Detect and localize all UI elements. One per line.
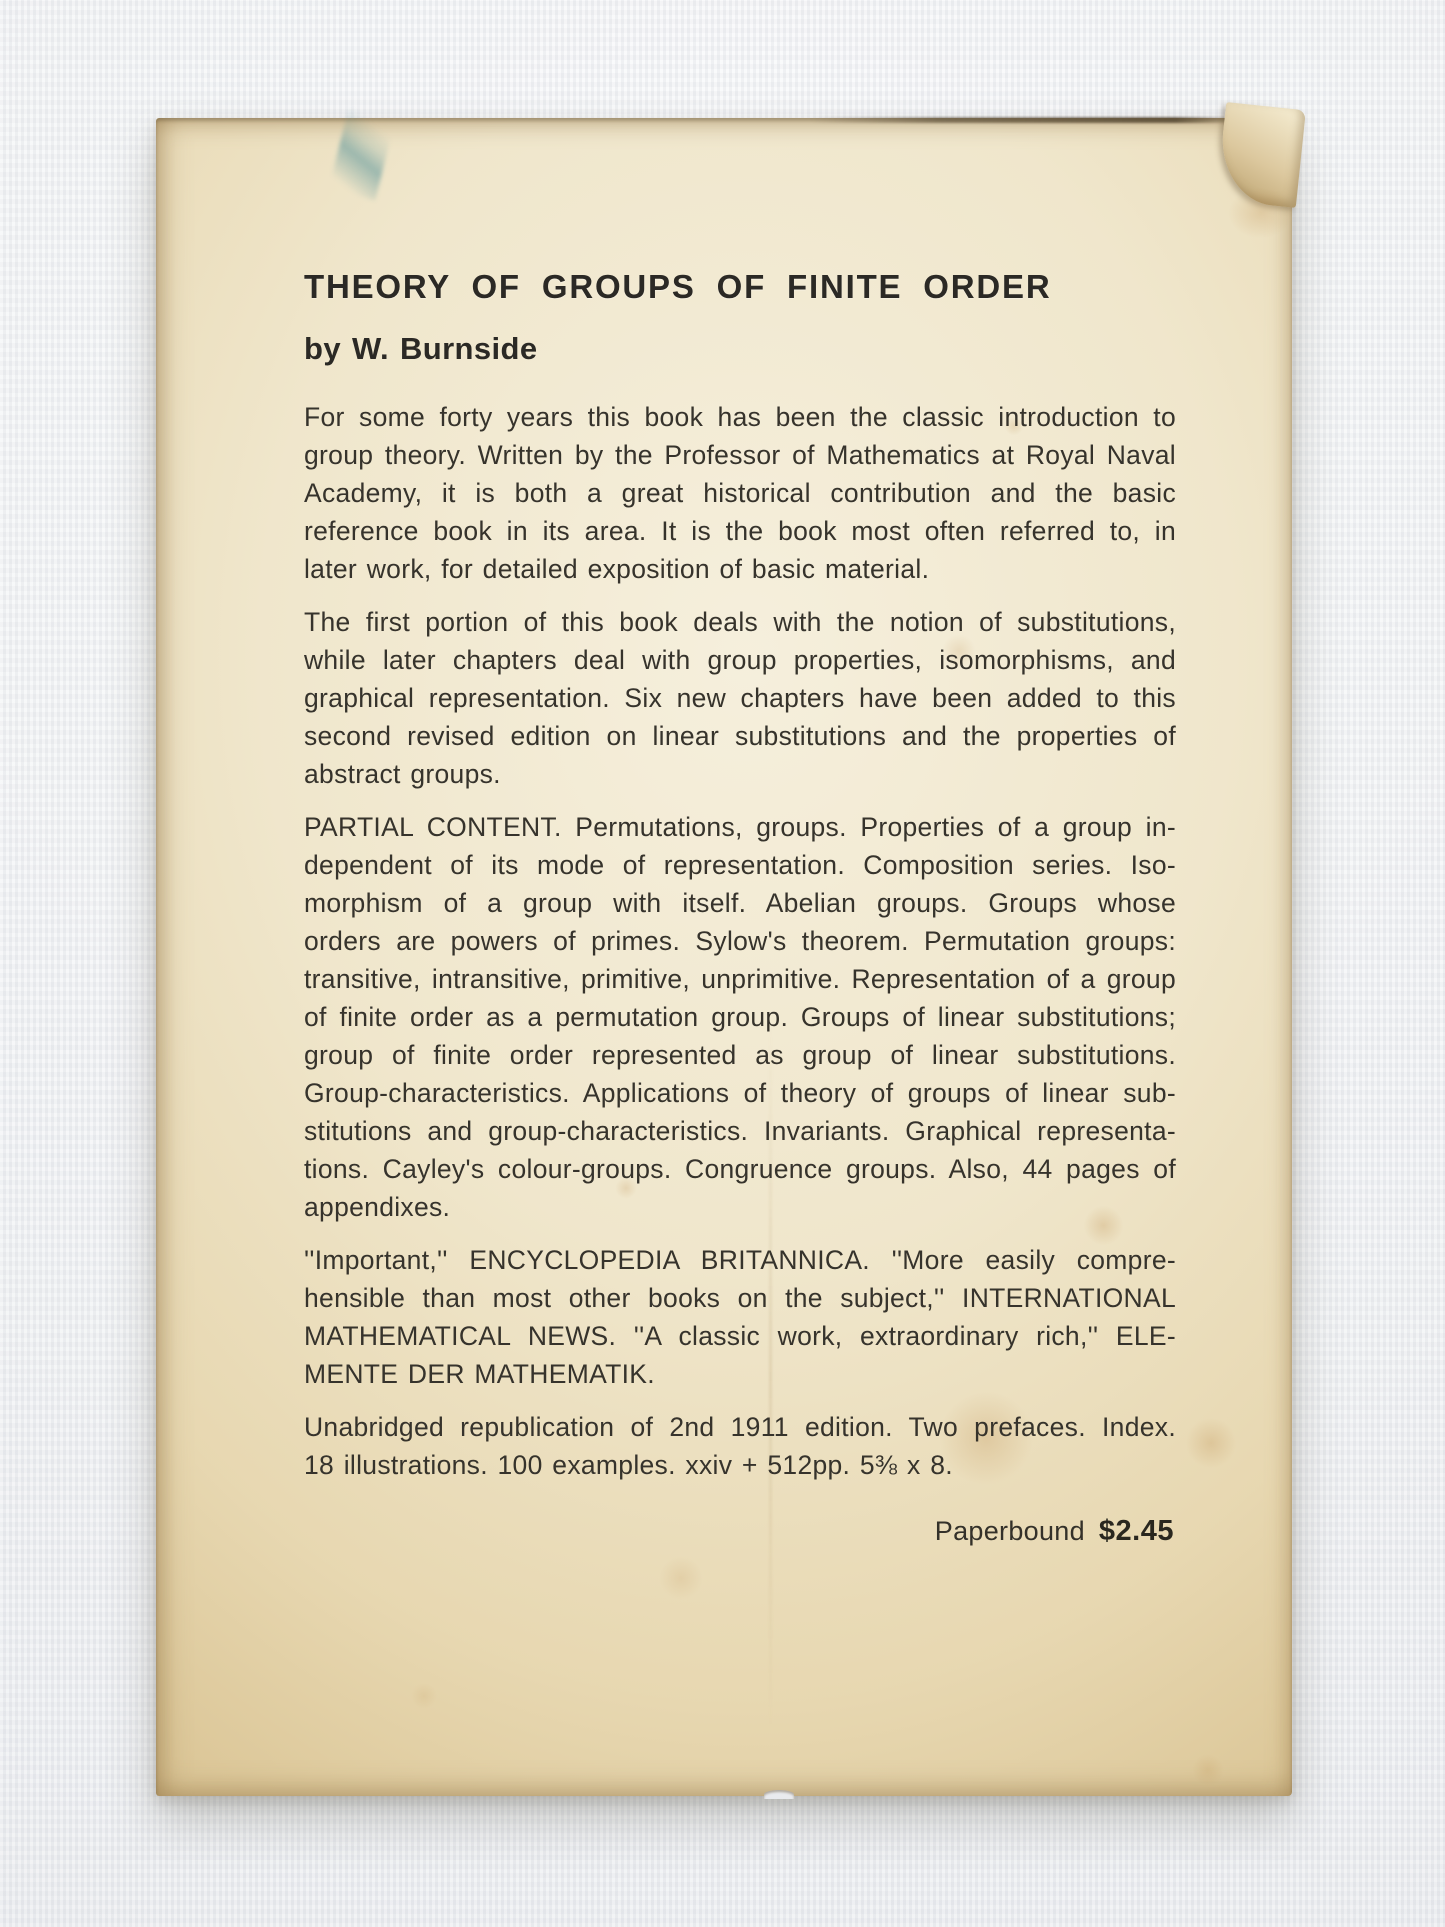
text-line: hensible than most other books on the su… <box>304 1279 1176 1317</box>
text-line: Academy, it is both a great historical c… <box>304 474 1176 512</box>
text-line: while later chapters deal with group pro… <box>304 641 1176 679</box>
text-line: stitutions and group-characteristics. In… <box>304 1112 1176 1150</box>
stain-spot <box>406 1678 442 1714</box>
bottom-edge-chip <box>764 1790 794 1799</box>
stain-spot <box>1216 178 1306 248</box>
text-line: Group-characteristics. Applications of t… <box>304 1074 1176 1112</box>
paragraph-edition-overview: The first portion of this book deals wit… <box>304 603 1176 793</box>
paragraph-introduction: For some forty years this book has been … <box>304 398 1176 588</box>
text-line: The first portion of this book deals wit… <box>304 603 1176 641</box>
text-line: transitive, intransitive, primitive, unp… <box>304 960 1176 998</box>
binding-label: Paperbound <box>935 1516 1085 1546</box>
text-line: ''Important,'' ENCYCLOPEDIA BRITANNICA. … <box>304 1241 1176 1279</box>
book-back-cover: THEORY OF GROUPS OF FINITE ORDER by W. B… <box>156 118 1292 1796</box>
price-row: Paperbound$2.45 <box>304 1512 1176 1550</box>
text-line: group theory. Written by the Professor o… <box>304 436 1176 474</box>
paragraph-partial-content: PARTIAL CONTENT. Permutations, groups. P… <box>304 808 1176 1226</box>
cover-text: THEORY OF GROUPS OF FINITE ORDER by W. B… <box>304 268 1176 1550</box>
text-line: later work, for detailed exposition of b… <box>304 550 1176 588</box>
text-line: For some forty years this book has been … <box>304 398 1176 436</box>
text-line: appendixes. <box>304 1188 1176 1226</box>
text-line: tions. Cayley's colour-groups. Congruenc… <box>304 1150 1176 1188</box>
blue-smudge <box>329 107 396 200</box>
top-edge-crease <box>810 117 1240 123</box>
paragraph-publication-details: Unabridged republication of 2nd 1911 edi… <box>304 1408 1176 1484</box>
book-author: by W. Burnside <box>304 330 1176 368</box>
text-line: 18 illustrations. 100 examples. xxiv + 5… <box>304 1446 1176 1484</box>
stain-spot <box>651 1548 711 1608</box>
text-line: group of finite order represented as gro… <box>304 1036 1176 1074</box>
text-line: graphical representation. Six new chapte… <box>304 679 1176 717</box>
stain-spot <box>1176 1408 1246 1478</box>
text-line: PARTIAL CONTENT. Permutations, groups. P… <box>304 808 1176 846</box>
text-line: abstract groups. <box>304 755 1176 793</box>
book-title: THEORY OF GROUPS OF FINITE ORDER <box>304 268 1176 306</box>
text-line: orders are powers of primes. Sylow's the… <box>304 922 1176 960</box>
text-line: MENTE DER MATHEMATIK. <box>304 1355 1176 1393</box>
text-line: reference book in its area. It is the bo… <box>304 512 1176 550</box>
photo-background: THEORY OF GROUPS OF FINITE ORDER by W. B… <box>0 0 1445 1927</box>
text-line: MATHEMATICAL NEWS. ''A classic work, ext… <box>304 1317 1176 1355</box>
text-line: second revised edition on linear substit… <box>304 717 1176 755</box>
stain-spot <box>1186 1748 1230 1792</box>
paragraph-reviews: ''Important,'' ENCYCLOPEDIA BRITANNICA. … <box>304 1241 1176 1393</box>
text-line: morphism of a group with itself. Abelian… <box>304 884 1176 922</box>
text-line: dependent of its mode of representation.… <box>304 846 1176 884</box>
text-line: Unabridged republication of 2nd 1911 edi… <box>304 1408 1176 1446</box>
price-value: $2.45 <box>1099 1515 1174 1547</box>
text-line: of finite order as a permutation group. … <box>304 998 1176 1036</box>
